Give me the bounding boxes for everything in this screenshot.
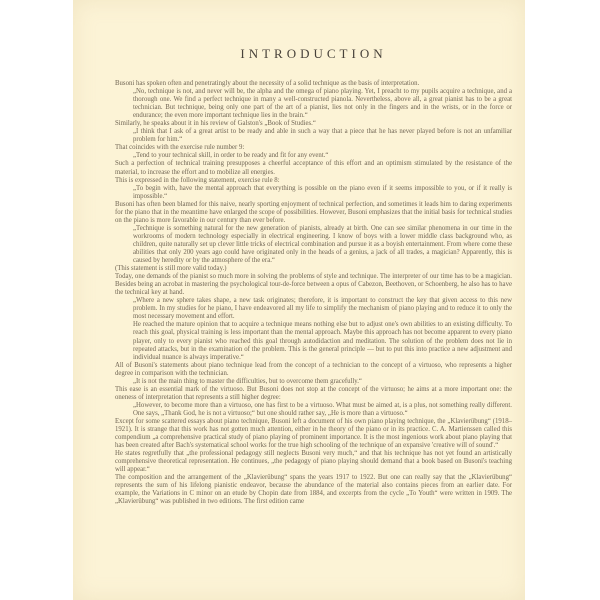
paragraph: Similarly, he speaks about it in his rev… [115, 120, 512, 128]
paragraph: Except for some scattered essays about p… [115, 418, 512, 450]
paragraph: (This statement is still more valid toda… [115, 265, 512, 273]
paragraph: This is expressed in the following state… [115, 177, 512, 185]
paragraph: „Technique is something natural for the … [115, 225, 512, 265]
paragraph: „It is not the main thing to master the … [115, 378, 512, 386]
page-content: INTRODUCTION Busoni has spoken often and… [115, 0, 512, 506]
paragraph: He states regretfully that „the professi… [115, 450, 512, 474]
book-page: INTRODUCTION Busoni has spoken often and… [73, 0, 525, 600]
paragraph: Busoni has spoken often and penetratingl… [115, 80, 512, 88]
paragraph: That coincides with the exercise rule nu… [115, 144, 512, 152]
paragraph: „However, to become more than a virtuoso… [115, 402, 512, 418]
scanned-book-spread: INTRODUCTION Busoni has spoken often and… [0, 0, 600, 600]
paragraph: All of Busoni's statements about piano t… [115, 362, 512, 378]
paragraph: Busoni has often been blamed for this na… [115, 201, 512, 225]
paragraph: „Tend to your technical skill, in order … [115, 152, 512, 160]
paragraph: „No, technique is not, and never will be… [115, 88, 512, 120]
paragraph: „To begin with, have the mental approach… [115, 185, 512, 201]
paragraph: Today, one demands of the pianist so muc… [115, 273, 512, 297]
page-title: INTRODUCTION [115, 46, 512, 62]
paragraph: Such a perfection of technical training … [115, 160, 512, 176]
body-text: Busoni has spoken often and penetratingl… [115, 80, 512, 506]
paragraph: The composition and the arrangement of t… [115, 474, 512, 506]
paragraph: He reached the mature opinion that to ac… [115, 321, 512, 361]
paragraph: This ease is an essential mark of the vi… [115, 386, 512, 402]
paragraph: „Where a new sphere takes shape, a new t… [115, 297, 512, 321]
paragraph: „I think that I ask of a great artist to… [115, 128, 512, 144]
